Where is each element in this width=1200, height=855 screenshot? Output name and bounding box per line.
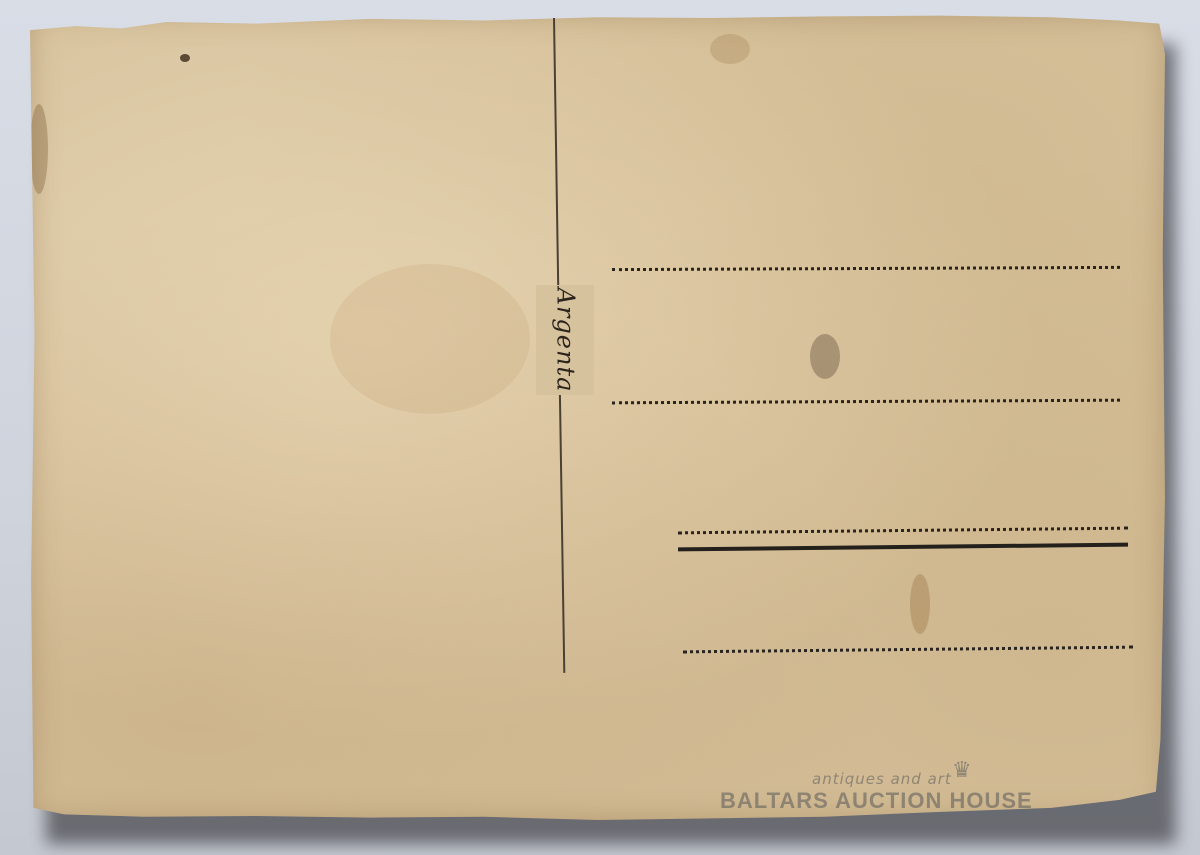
stain xyxy=(710,34,750,64)
stain xyxy=(330,264,530,414)
divider-imprint: Argenta xyxy=(536,285,594,395)
imprint-text: Argenta xyxy=(551,288,579,393)
postcard-back xyxy=(30,14,1165,820)
stain xyxy=(810,334,840,379)
stain xyxy=(180,54,190,62)
stain xyxy=(910,574,930,634)
stain xyxy=(30,104,48,194)
